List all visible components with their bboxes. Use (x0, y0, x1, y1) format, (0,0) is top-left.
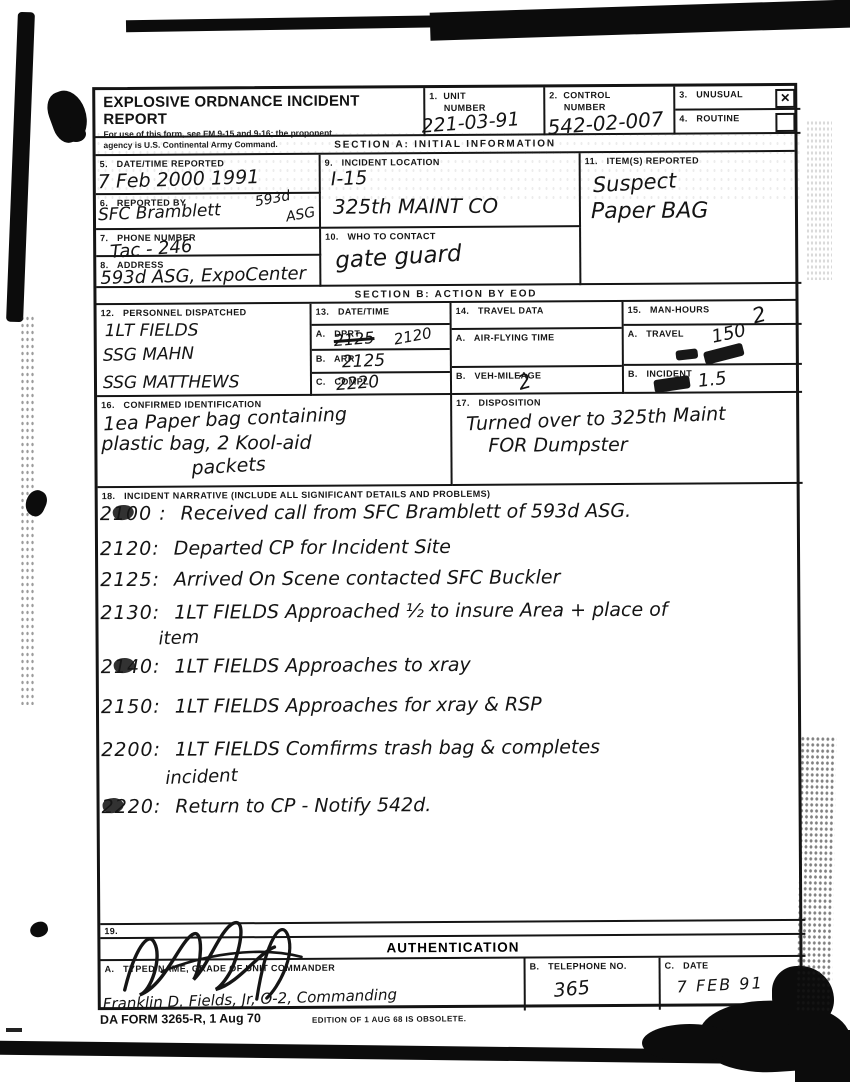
edition-note-footer: EDITION OF 1 AUG 68 IS OBSOLETE. (312, 1014, 466, 1025)
routine-label: 4. ROUTINE (679, 113, 739, 125)
narrative-entry: 2130: 1LT FIELDS Approached ½ to insure … (100, 599, 667, 624)
dprt-row: A. DPRT 2125 2120 (312, 323, 450, 349)
narrative-continuation: incident (165, 765, 238, 789)
narrative-entry: 2125: Arrived On Scene contacted SFC Buc… (100, 566, 560, 591)
unit-commander-label: A. TYPED NAME, GRADE OF UNIT COMMANDER (105, 963, 336, 976)
scan-artifact-right-smudge-upper (806, 120, 832, 280)
field-control-number: 2. CONTROL NUMBER 542-02-007 (545, 87, 675, 136)
unusual-label: 3. UNUSUAL (679, 89, 743, 101)
reported-by-unit2: ASG (285, 205, 316, 224)
scan-artifact-right-smudge (796, 736, 837, 1013)
crossed-out-scribble (675, 348, 698, 360)
personnel-3: SSG MATTHEWS (103, 374, 240, 392)
form-number-footer: DA FORM 3265-R, 1 Aug 70 (100, 1011, 261, 1027)
compl-row: C. COMPL 2220 (312, 371, 450, 396)
dprt-struck-value: 2125 (333, 330, 375, 349)
disposition-line2: FOR Dumpster (488, 436, 627, 456)
veh-mileage-row: B. VEH-MILEAGE 2 (452, 365, 622, 395)
scan-artifact-header-speckle (95, 130, 800, 200)
confirmed-id-line2: plastic bag, 2 Kool-aid (101, 434, 311, 454)
man-hours-travel-label: A. TRAVEL (628, 329, 684, 341)
narrative-text: 1LT FIELDS Approaches to xray (174, 654, 470, 678)
air-flying-time-label: A. AIR-FLYING TIME (456, 332, 555, 344)
travel-data-label: 14. TRAVEL DATA (456, 305, 544, 317)
arr-row: B. ARR 2125 (312, 348, 450, 372)
air-flying-time-row: A. AIR-FLYING TIME (452, 327, 622, 366)
narrative-time: 2140: (101, 656, 161, 678)
eod-incident-report-form: EXPLOSIVE ORDNANCE INCIDENT REPORT For u… (92, 83, 803, 1010)
man-hours-incident-row: B. INCIDENT 1.5 (624, 363, 802, 394)
crossed-out-scribble (703, 343, 745, 366)
narrative-time: 2220: (102, 796, 162, 818)
arr-value: 2125 (342, 353, 386, 372)
man-hours-incident-value: 1.5 (697, 370, 727, 391)
narrative-text: Received call from SFC Bramblett of 593d… (181, 500, 632, 525)
scan-artifact-left-edge-bar (6, 12, 35, 322)
confirmed-id-line3: packets (191, 455, 266, 478)
scan-artifact-left-blob-small (66, 126, 86, 142)
scan-artifact-bottom-right-corner (795, 1030, 850, 1082)
control-number-label: 2. CONTROL NUMBER (549, 90, 611, 114)
field-man-hours: 15. MAN-HOURS 2 A. TRAVEL 150 B. INCIDEN… (624, 301, 803, 394)
narrative-text: 1LT FIELDS Approached ½ to insure Area +… (174, 599, 667, 624)
unit-commander-value: Franklin D. Fields, Jr, O-2, Commanding (103, 987, 398, 1011)
narrative-time: 2100 : (100, 503, 167, 525)
scanned-document-page: EXPLOSIVE ORDNANCE INCIDENT REPORT For u… (0, 0, 850, 1082)
unusual-checkbox: ✕ (775, 89, 795, 108)
personnel-2: SSG MAHN (103, 346, 195, 365)
man-hours-travel-value: 150 (710, 322, 747, 347)
telephone-no-label: B. TELEPHONE NO. (530, 961, 627, 973)
narrative-continuation: item (158, 627, 199, 650)
personnel-dispatched-label: 12. PERSONNEL DISPATCHED (101, 307, 247, 320)
who-to-contact-label: 10. WHO TO CONTACT (325, 231, 436, 243)
scan-artifact-top-bar-right (430, 0, 850, 41)
date-label: C. DATE (665, 960, 709, 972)
scan-artifact-bottom-right-blob (642, 1024, 737, 1062)
field-telephone-no: B. TELEPHONE NO. 365 (526, 958, 661, 1011)
field-confirmed-identification: 16. CONFIRMED IDENTIFICATION 1ea Paper b… (97, 395, 453, 488)
field-date-time-eod: 13. DATE/TIME A. DPRT 2125 2120 B. ARR 2… (312, 303, 453, 396)
field-travel-data: 14. TRAVEL DATA A. AIR-FLYING TIME B. VE… (452, 302, 625, 395)
narrative-entry: 2120: Departed CP for Incident Site (100, 536, 451, 560)
narrative-text: 1LT FIELDS Comfirms trash bag & complete… (175, 736, 600, 761)
narrative-text: Arrived On Scene contacted SFC Buckler (174, 566, 561, 590)
address-value: 593d ASG, ExpoCenter (100, 265, 306, 288)
narrative-time: 2125: (100, 569, 160, 591)
narrative-entry: 2220: Return to CP - Notify 542d. (102, 794, 432, 818)
disposition-label: 17. DISPOSITION (456, 397, 541, 409)
narrative-entry: 2200: 1LT FIELDS Comfirms trash bag & co… (101, 736, 600, 761)
scan-artifact-left-mark-lower (28, 920, 49, 939)
field-address: 8. ADDRESS 593d ASG, ExpoCenter (96, 256, 321, 288)
field-unusual: 3. UNUSUAL ✕ (675, 86, 800, 111)
compl-value: 2220 (335, 374, 379, 394)
scan-artifact-bottom-left-dash (6, 1028, 22, 1032)
date-time-eod-label: 13. DATE/TIME (316, 306, 390, 318)
checkbox-x-icon: ✕ (780, 91, 790, 105)
field-who-to-contact: 10. WHO TO CONTACT gate guard (321, 227, 581, 287)
field-phone-number: 7. PHONE NUMBER Tac - 246 (96, 229, 321, 257)
who-to-contact-value: gate guard (335, 243, 463, 273)
narrative-time: 2150: (101, 696, 161, 718)
field-personnel-dispatched: 12. PERSONNEL DISPATCHED 1LT FIELDS SSG … (97, 304, 313, 397)
man-hours-label: 15. MAN-HOURS (628, 304, 710, 316)
dprt-value: 2120 (393, 326, 433, 348)
narrative-time: 2120: (100, 538, 160, 560)
narrative-time: 2200: (101, 739, 161, 761)
narrative-text: 1LT FIELDS Approaches for xray & RSP (175, 693, 542, 717)
field-unit-number: 1. UNIT NUMBER 221-03-91 (425, 87, 545, 136)
personnel-1: 1LT FIELDS (105, 323, 199, 341)
field-19-label: 19. (104, 926, 118, 938)
narrative-time: 2130: (100, 602, 160, 624)
narrative-text: Return to CP - Notify 542d. (175, 794, 431, 818)
narrative-entry: 2100 : Received call from SFC Bramblett … (100, 500, 631, 525)
field-unit-commander: A. TYPED NAME, GRADE OF UNIT COMMANDER F… (101, 959, 526, 1014)
telephone-no-value: 365 (553, 979, 591, 1001)
narrative-entry: 2150: 1LT FIELDS Approaches for xray & R… (101, 693, 542, 718)
narrative-entry: 2140: 1LT FIELDS Approaches to xray (101, 654, 471, 678)
field-disposition: 17. DISPOSITION Turned over to 325th Mai… (452, 393, 803, 486)
items-reported-value-line2: Paper BAG (591, 200, 709, 223)
date-value: 7 FEB 91 (676, 975, 764, 995)
reported-by-value: SFC Bramblett (98, 202, 221, 224)
form-title: EXPLOSIVE ORDNANCE INCIDENT REPORT (103, 92, 423, 128)
narrative-text: Departed CP for Incident Site (174, 536, 451, 560)
man-hours-travel-row: A. TRAVEL 150 (624, 323, 802, 364)
